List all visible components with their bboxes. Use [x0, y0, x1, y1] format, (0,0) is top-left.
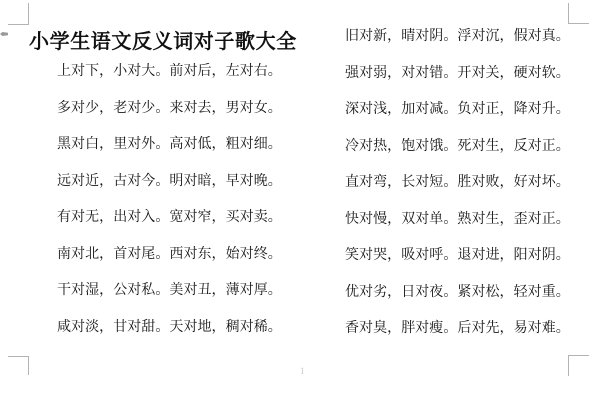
left-text-column: 上对下，小对大。前对后，左对右。多对少，老对少。来对去，男对女。黑对白，里对外。…: [57, 64, 282, 356]
document-title: 小学生语文反义词对子歌大全: [29, 25, 297, 54]
right-text-column: 旧对新，晴对阴。浮对沉，假对真。强对弱，对对错。开对关，硬对软。深对浅，加对减。…: [345, 29, 570, 358]
text-line: 上对下，小对大。前对后，左对右。: [57, 64, 282, 80]
text-line: 香对臭，胖对瘦。后对先，易对难。: [345, 321, 570, 337]
text-line: 多对少，老对少。来对去，男对女。: [57, 101, 282, 117]
text-line: 干对湿，公对私。美对丑，薄对厚。: [57, 283, 282, 299]
text-line: 强对弱，对对错。开对关，硬对软。: [345, 66, 570, 82]
left-edge-marker-icon: [0, 32, 8, 36]
text-line: 优对劣，日对夜。紧对松，轻对重。: [345, 285, 570, 301]
text-line: 黑对白，里对外。高对低，粗对细。: [57, 137, 282, 153]
text-line: 旧对新，晴对阴。浮对沉，假对真。: [345, 29, 570, 45]
crop-mark-bottom-left: [8, 356, 29, 375]
text-line: 冷对热，饱对饿。死对生，反对正。: [345, 139, 570, 155]
text-line: 远对近，古对今。明对暗，早对晚。: [57, 174, 282, 190]
text-line: 咸对淡，甘对甜。天对地，稠对稀。: [57, 320, 282, 336]
crop-mark-bottom-right: [568, 355, 589, 376]
text-line: 有对无，出对入。宽对窄，买对卖。: [57, 210, 282, 226]
page-number: 1: [300, 366, 305, 376]
text-line: 南对北，首对尾。西对东，始对终。: [57, 247, 282, 263]
text-line: 直对弯，长对短。胜对败，好对坏。: [345, 175, 570, 191]
text-line: 笑对哭，吸对呼。退对进，阳对阴。: [345, 248, 570, 264]
crop-mark-top-left: [8, 3, 29, 25]
crop-mark-top-right: [568, 3, 589, 24]
document-page: 小学生语文反义词对子歌大全 上对下，小对大。前对后，左对右。多对少，老对少。来对…: [0, 0, 610, 403]
text-line: 深对浅，加对减。负对正，降对升。: [345, 102, 570, 118]
text-line: 快对慢，双对单。熟对生，歪对正。: [345, 212, 570, 228]
